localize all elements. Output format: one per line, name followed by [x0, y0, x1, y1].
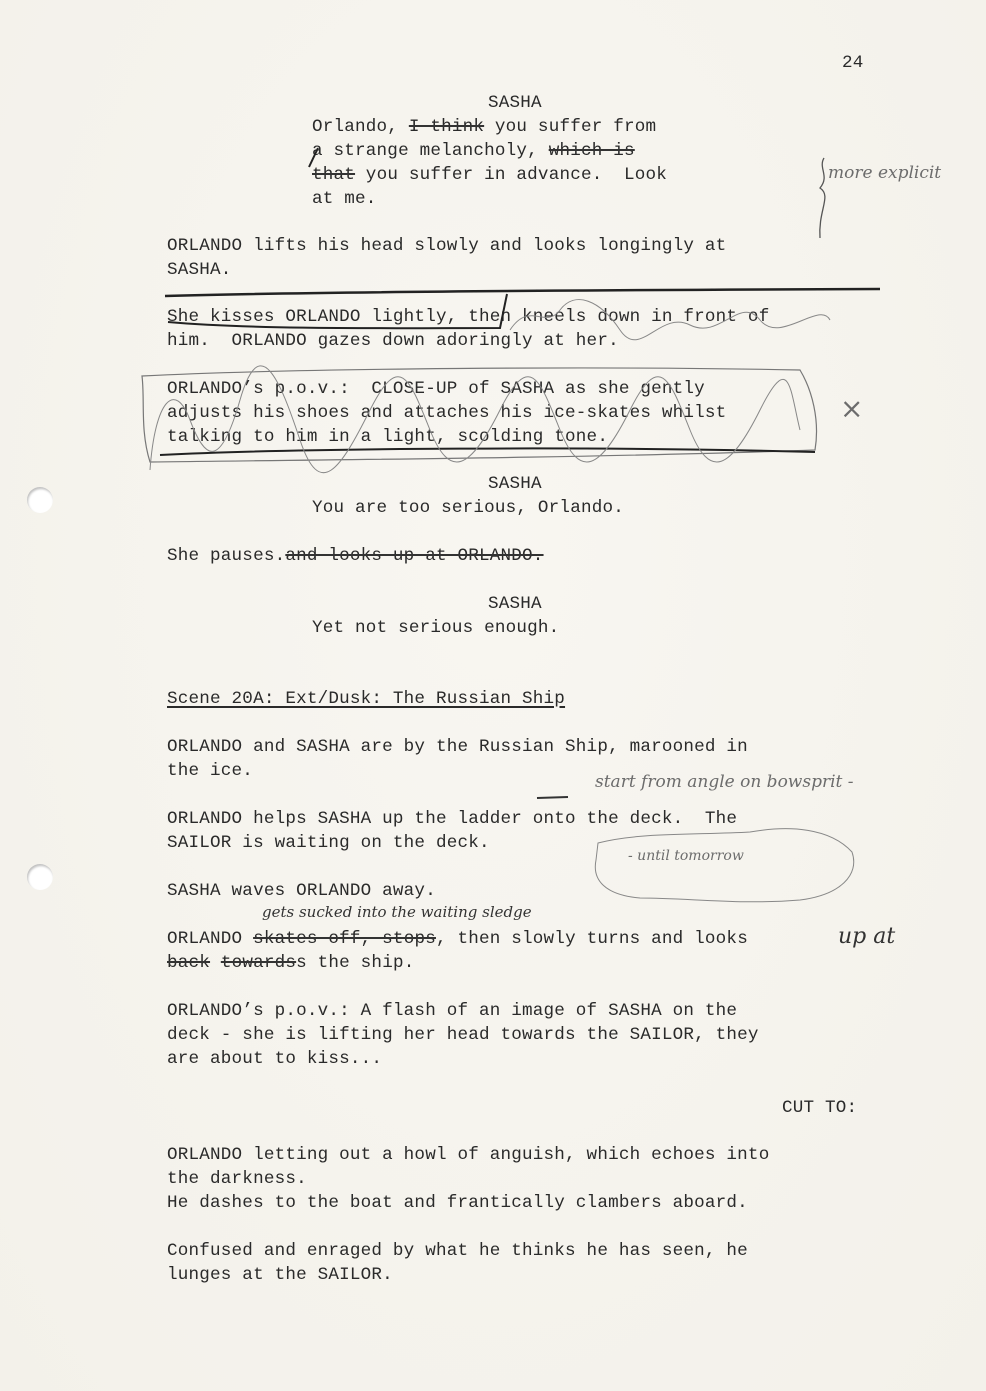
action-line: SASHA waves ORLANDO away.: [167, 879, 436, 903]
action-line: SAILOR is waiting on the deck.: [167, 831, 490, 855]
transition: CUT TO:: [782, 1096, 857, 1120]
character-cue: SASHA: [488, 91, 542, 115]
script-page: 24 SASHA Orlando, I think you suffer fro…: [0, 0, 986, 1391]
dialogue-line: Orlando, I think you suffer from: [312, 115, 656, 139]
action-line: talking to him in a light, scolding tone…: [167, 425, 608, 449]
struck-text: and looks up at ORLANDO.: [285, 546, 543, 566]
struck-text: back: [167, 953, 210, 973]
annotation-bowsprit: start from angle on bowsprit -: [595, 772, 854, 792]
annotation-up-at: up at: [838, 924, 895, 949]
action-line: deck - she is lifting her head towards t…: [167, 1023, 759, 1047]
punch-hole-lower: [27, 864, 53, 890]
dialogue-text: Orlando,: [312, 117, 409, 137]
action-line: ORLANDO skates off, stops, then slowly t…: [167, 927, 748, 951]
action-line: are about to kiss...: [167, 1047, 382, 1071]
dialogue-text: a strange melancholy,: [312, 141, 549, 161]
action-line: the ice.: [167, 759, 253, 783]
struck-text: I think: [409, 117, 484, 137]
scene-heading: Scene 20A: Ext/Dusk: The Russian Ship: [167, 687, 565, 711]
action-line: him. ORLANDO gazes down adoringly at her…: [167, 329, 619, 353]
struck-text: towards: [221, 953, 296, 973]
action-line: Confused and enraged by what he thinks h…: [167, 1239, 748, 1263]
struck-text: which is: [549, 141, 635, 161]
action-line: ORLANDO letting out a howl of anguish, w…: [167, 1143, 769, 1167]
action-line: back towardss the ship.: [167, 951, 414, 975]
dialogue-text: you suffer from: [484, 117, 656, 137]
annotation-x-mark: ×: [840, 392, 863, 425]
action-line: SASHA.: [167, 258, 232, 282]
dialogue-text: you suffer in advance. Look: [355, 165, 667, 185]
action-line: adjusts his shoes and attaches his ice-s…: [167, 401, 726, 425]
action-text: ORLANDO: [167, 929, 253, 949]
action-text: , then slowly turns and looks: [436, 929, 748, 949]
action-line: lunges at the SAILOR.: [167, 1263, 393, 1287]
character-cue: SASHA: [488, 592, 542, 616]
action-text: She pauses.: [167, 546, 285, 566]
action-line: ORLANDO lifts his head slowly and looks …: [167, 234, 726, 258]
struck-text: that: [312, 165, 355, 185]
annotation-sledge: gets sucked into the waiting sledge: [262, 903, 532, 921]
action-line: He dashes to the boat and frantically cl…: [167, 1191, 748, 1215]
character-cue: SASHA: [488, 472, 542, 496]
dialogue-line: a strange melancholy, which is: [312, 139, 635, 163]
dialogue-line: You are too serious, Orlando.: [312, 496, 624, 520]
page-number: 24: [842, 51, 864, 75]
action-line: ORLANDO’s p.o.v.: A flash of an image of…: [167, 999, 737, 1023]
annotation-more-explicit: more explicit: [828, 162, 948, 184]
action-line: She pauses.and looks up at ORLANDO.: [167, 544, 544, 568]
action-line: ORLANDO and SASHA are by the Russian Shi…: [167, 735, 748, 759]
action-text: s the ship.: [296, 953, 414, 973]
action-line: She kisses ORLANDO lightly, then kneels …: [167, 305, 769, 329]
dialogue-line: at me.: [312, 187, 377, 211]
punch-hole-upper: [27, 487, 53, 513]
dialogue-line: Yet not serious enough.: [312, 616, 559, 640]
action-line: ORLANDO’s p.o.v.: CLOSE-UP of SASHA as s…: [167, 377, 705, 401]
annotation-until-tomorrow: - until tomorrow: [628, 848, 744, 864]
action-line: the darkness.: [167, 1167, 307, 1191]
dialogue-line: that you suffer in advance. Look: [312, 163, 667, 187]
action-line: ORLANDO helps SASHA up the ladder onto t…: [167, 807, 737, 831]
struck-text: skates off, stops: [253, 929, 436, 949]
